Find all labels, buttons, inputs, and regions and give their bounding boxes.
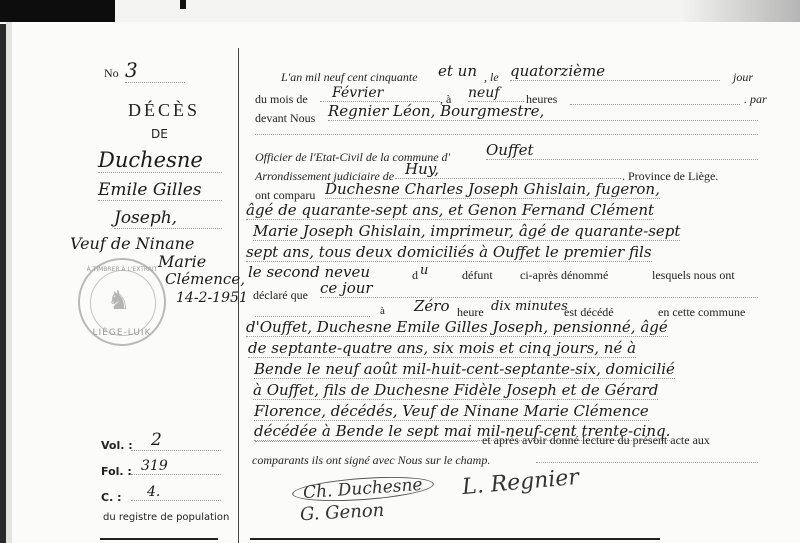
stamp-date: 14-2-1951 — [176, 290, 248, 306]
stamp-top-text: À TIMBRER À L'EXTRAIT — [80, 266, 164, 273]
act-of-suffix: u — [420, 263, 428, 278]
act-deceased-text-2: de septante-quatre ans, six mois et cinq… — [248, 339, 636, 358]
act-witnesses-text-3: Marie Joseph Ghislain, imprimeur, âgé de… — [253, 222, 680, 241]
act-day-value: quatorzième — [510, 62, 720, 81]
act-at-label: à — [380, 305, 385, 317]
act-declared-label: déclaré que — [253, 288, 308, 303]
act-officiant-name: Regnier Léon, Bourgmestre, — [328, 102, 758, 121]
fol-label: Fol. : — [101, 465, 132, 478]
act-day-prefix: , le — [484, 70, 499, 85]
lion-crest-icon: ♞ — [107, 286, 130, 316]
c-value: 4. — [131, 484, 221, 501]
signature-witness-2: G. Genon — [300, 500, 385, 525]
act-deceased-text-5: Florence, décédés, Veuf de Ninane Marie … — [254, 402, 649, 421]
bottom-rule — [100, 538, 218, 540]
act-deceased-text-4: à Ouffet, fils de Duchesne Fidèle Joseph… — [253, 381, 658, 400]
deceased-given-names-2: Joseph, — [114, 208, 222, 229]
left-panel: No 3 DÉCÈS DE Duchesne Emile Gilles Jose… — [0, 0, 238, 543]
act-before-label: devant Nous — [255, 111, 315, 126]
act-death-minutes: dix minutes — [491, 299, 568, 314]
c-label: C. : — [101, 491, 121, 504]
fol-value: 319 — [131, 458, 221, 475]
dotted-fill — [536, 458, 758, 463]
vol-label: Vol. : — [101, 439, 133, 452]
act-deceased-text-1: d'Ouffet, Duchesne Emile Gilles Joseph, … — [246, 318, 668, 337]
stamp-bottom-text: LIÈGE-LUIK — [80, 328, 164, 338]
register-caption: du registre de population — [103, 512, 229, 523]
official-stamp: À TIMBRER À L'EXTRAIT ♞ LIÈGE-LUIK — [78, 258, 166, 346]
deceased-marital-note-3: Clémence, — [165, 270, 245, 288]
act-commune-value: Ouffet — [486, 141, 758, 160]
act-witnesses-text-4: sept ans, tous deux domiciliés à Ouffet … — [246, 243, 652, 262]
act-month-value: Février — [320, 85, 440, 102]
dotted-fill — [255, 130, 758, 135]
act-deceased-text-3: Bende le neuf août mil-huit-cent-septant… — [254, 360, 675, 379]
deceased-marital-note-2: Marie — [158, 252, 206, 271]
dotted-fill — [255, 437, 477, 442]
scan-shadow — [680, 0, 800, 22]
act-month-prefix: du mois de — [255, 92, 308, 107]
act-signed-text: comparants ils ont signé avec Nous sur l… — [252, 453, 490, 468]
number-value: 3 — [125, 58, 185, 83]
deceased-surname: Duchesne — [98, 148, 222, 173]
act-day-suffix: jour — [733, 70, 753, 85]
act-death-day: ce jour — [320, 279, 758, 298]
vol-value: 2 — [131, 430, 221, 451]
act-in-commune-label: en cette commune — [658, 305, 745, 320]
act-hour-value: neuf — [468, 85, 524, 102]
act-year-value: et un — [438, 62, 477, 80]
number-label: No — [104, 66, 119, 81]
deceased-given-names: Emile Gilles — [98, 180, 222, 201]
act-year-prefix: L'an mil neuf cent cinquante — [281, 70, 418, 85]
bottom-rule — [250, 538, 660, 540]
deceased-marital-note: Veuf de Ninane — [70, 234, 194, 253]
act-district-value: Huy, — [395, 160, 621, 179]
page-title: DÉCÈS — [128, 100, 200, 121]
act-witnesses-text-2: âgé de quarante-sept ans, et Genon Ferna… — [246, 201, 654, 220]
act-witnesses-text-1: Duchesne Charles Joseph Ghislain, fugero… — [325, 180, 660, 199]
dotted-fill — [255, 304, 370, 317]
page-subtitle: DE — [151, 127, 168, 141]
act-death-hour: Zéro — [414, 297, 450, 315]
act-reading-text: et après avoir donné lecture du présent … — [482, 433, 710, 448]
